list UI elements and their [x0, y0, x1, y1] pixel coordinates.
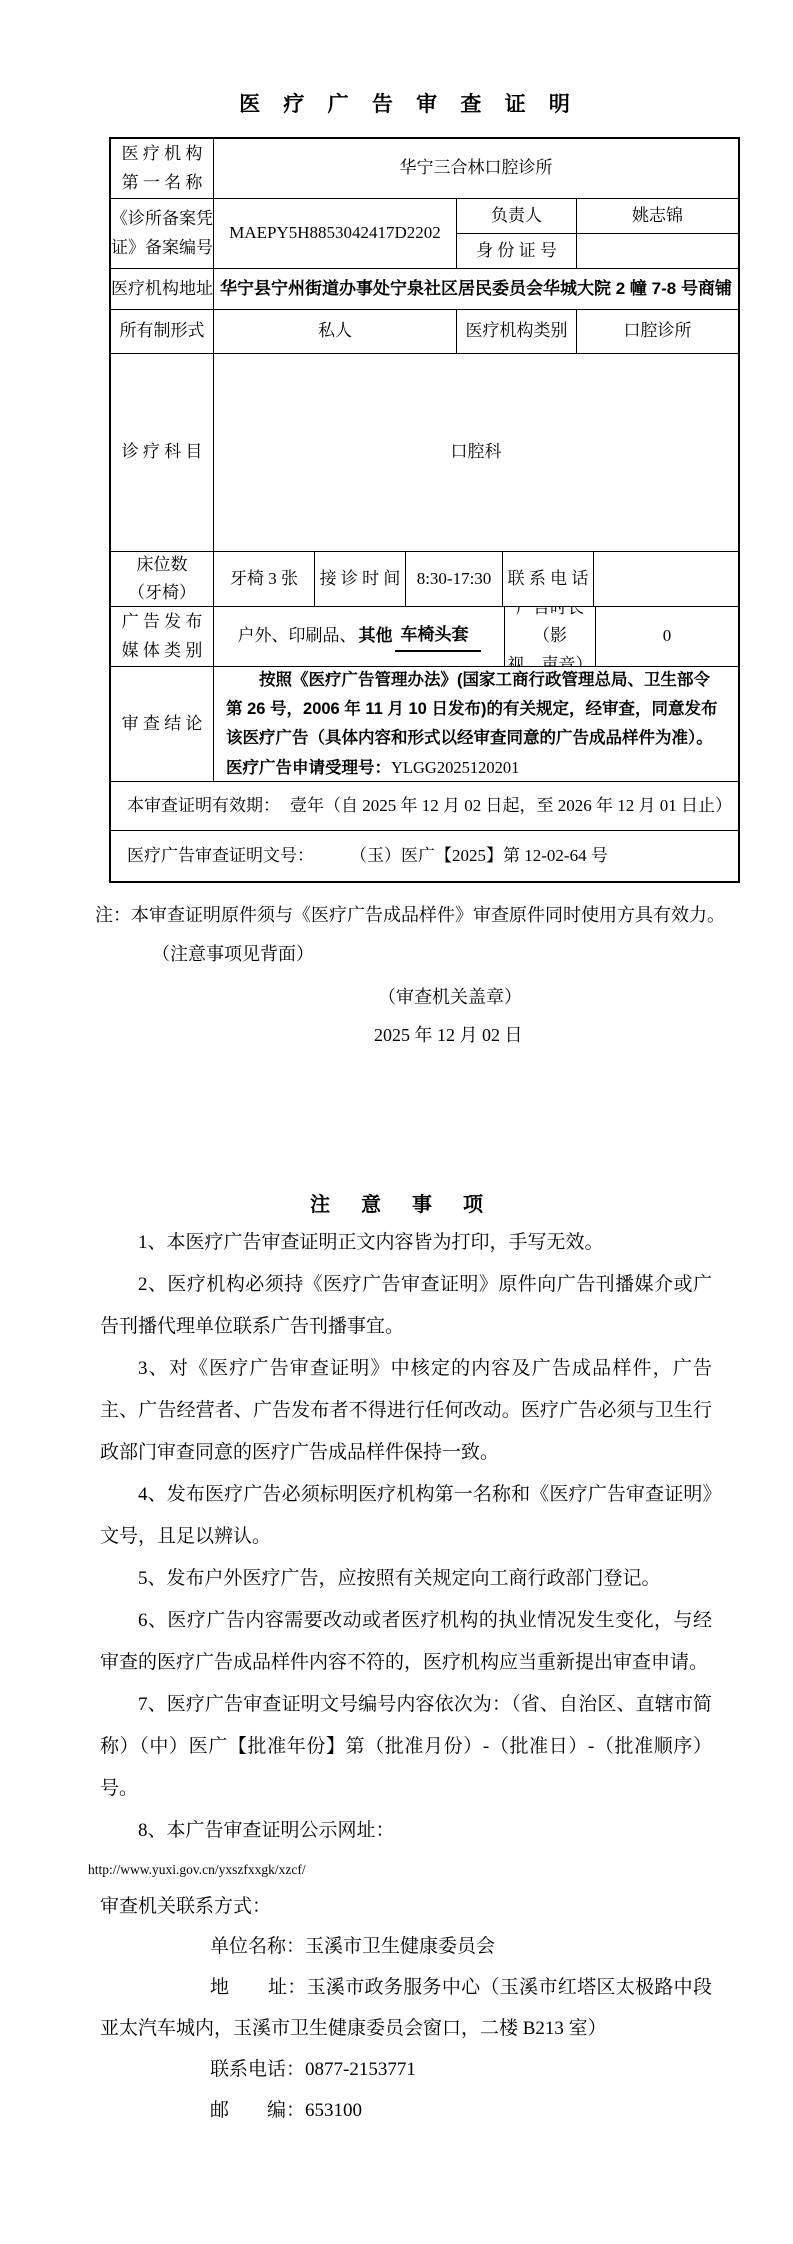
page-title: 医 疗 广 告 审 查 证 明 — [79, 88, 739, 118]
hours-label: 接 诊 时 间 — [315, 552, 406, 606]
principal-id-group: 负责人 姚志锦 身 份 证 号 — [457, 199, 738, 268]
table-row-subjects: 诊 疗 科 目 口腔科 — [111, 354, 738, 552]
validity-label: 本审查证明有效期： — [127, 792, 280, 820]
id-number-label: 身 份 证 号 — [457, 234, 577, 268]
subjects-value: 口腔科 — [214, 354, 738, 551]
media-value-prefix: 户外、印刷品、 — [238, 622, 357, 650]
table-row-record-number: 《诊所备案凭 证》备案编号 MAEPY5H8853042417D2202 负责人… — [111, 199, 738, 269]
receipt-label: 医疗广告申请受理号： — [226, 759, 391, 777]
contact-heading: 审查机关联系方式： — [100, 1888, 712, 1926]
contact-address: 地 址：玉溪市政务服务中心（玉溪市红塔区太极路中段亚太汽车城内，玉溪市卫生健康委… — [100, 1967, 712, 2049]
record-number-value: MAEPY5H8853042417D2202 — [214, 199, 457, 268]
doc-number-value: （玉）医广【2025】第 12-02-64 号 — [350, 842, 608, 870]
ownership-label: 所有制形式 — [111, 310, 214, 353]
table-row-address: 医疗机构地址 华宁县宁州街道办事处宁泉社区居民委员会华城大院 2 幢 7-8 号… — [111, 269, 738, 310]
address-value: 华宁县宁州街道办事处宁泉社区居民委员会华城大院 2 幢 7-8 号商铺 — [214, 269, 738, 309]
notice-item-2: 2、医疗机构必须持《医疗广告审查证明》原件向广告刊播媒介或广告刊播代理单位联系广… — [100, 1264, 712, 1348]
validity-value: 壹年（自 2025 年 12 月 02 日起，至 2026 年 12 月 01 … — [290, 792, 732, 820]
table-row-doc-number: 医疗广告审查证明文号：（玉）医广【2025】第 12-02-64 号 — [111, 831, 738, 881]
id-number-value — [577, 234, 738, 268]
category-label: 医疗机构类别 — [457, 310, 577, 353]
duration-value: 0 — [596, 607, 738, 666]
issue-date: 2025 年 12 月 02 日 — [374, 1021, 523, 1047]
category-value: 口腔诊所 — [577, 310, 738, 353]
notice-item-6: 6、医疗广告内容需要改动或者医疗机构的执业情况发生变化，与经审查的医疗广告成品样… — [100, 1600, 712, 1684]
hours-value: 8:30-17:30 — [406, 552, 503, 606]
contact-postcode: 邮 编：653100 — [100, 2090, 712, 2131]
media-label: 广 告 发 布 媒 体 类 别 — [111, 607, 214, 666]
notice-body: 1、本医疗广告审查证明正文内容皆为打印，手写无效。 2、医疗机构必须持《医疗广告… — [100, 1222, 712, 2131]
notice-item-5: 5、发布户外医疗广告，应按照有关规定向工商行政部门登记。 — [100, 1558, 712, 1600]
id-number-subrow: 身 份 证 号 — [457, 234, 738, 268]
conclusion-label: 审 查 结 论 — [111, 667, 214, 781]
notice-item-7: 7、医疗广告审查证明文号编号内容依次为：（省、自治区、直辖市简称）（中）医广【批… — [100, 1684, 712, 1810]
beds-value: 牙椅 3 张 — [214, 552, 315, 606]
principal-label: 负责人 — [457, 199, 577, 233]
publicity-url: http://www.yuxi.gov.cn/yxszfxxgk/xzcf/ — [88, 1852, 712, 1888]
media-other-label: 其他 — [359, 622, 393, 650]
contact-unit: 单位名称：玉溪市卫生健康委员会 — [100, 1926, 712, 1967]
notice-title: 注 意 事 项 — [97, 1188, 709, 1217]
conclusion-content: 按照《医疗广告管理办法》(国家工商行政管理总局、卫生部令第 26 号，2006 … — [214, 667, 738, 781]
media-other-value: 车椅头套 — [395, 621, 481, 652]
subjects-label: 诊 疗 科 目 — [111, 354, 214, 551]
conclusion-paragraph: 按照《医疗广告管理办法》(国家工商行政管理总局、卫生部令第 26 号，2006 … — [226, 667, 726, 753]
institution-name-label: 医 疗 机 构 第 一 名 称 — [111, 139, 214, 198]
table-row-institution-name: 医 疗 机 构 第 一 名 称 华宁三合林口腔诊所 — [111, 139, 738, 199]
phone-label: 联 系 电 话 — [503, 552, 594, 606]
notice-item-4: 4、发布医疗广告必须标明医疗机构第一名称和《医疗广告审查证明》文号，且足以辨认。 — [100, 1474, 712, 1558]
doc-number-label: 医疗广告审查证明文号： — [127, 842, 314, 870]
table-row-beds: 床位数 （牙椅） 牙椅 3 张 接 诊 时 间 8:30-17:30 联 系 电… — [111, 552, 738, 607]
seal-hint: （审查机关盖章） — [378, 983, 522, 1009]
table-row-validity: 本审查证明有效期：壹年（自 2025 年 12 月 02 日起，至 2026 年… — [111, 782, 738, 831]
notice-item-1: 1、本医疗广告审查证明正文内容皆为打印，手写无效。 — [100, 1222, 712, 1264]
principal-value: 姚志锦 — [577, 199, 738, 233]
certificate-table: 医 疗 机 构 第 一 名 称 华宁三合林口腔诊所 《诊所备案凭 证》备案编号 … — [109, 137, 740, 883]
ownership-value: 私人 — [214, 310, 457, 353]
institution-name-value: 华宁三合林口腔诊所 — [214, 139, 738, 198]
receipt-line: 医疗广告申请受理号：YLGG2025120201 — [226, 753, 726, 782]
original-validity-note: 注：本审查证明原件须与《医疗广告成品样件》审查原件同时使用方具有效力。 — [95, 901, 725, 927]
see-back-note: （注意事项见背面） — [152, 940, 314, 966]
contact-phone: 联系电话：0877-2153771 — [100, 2049, 712, 2090]
table-row-conclusion: 审 查 结 论 按照《医疗广告管理办法》(国家工商行政管理总局、卫生部令第 26… — [111, 667, 738, 782]
duration-label: 广告时长（影 视、声音） — [505, 607, 596, 666]
doc-number-line: 医疗广告审查证明文号：（玉）医广【2025】第 12-02-64 号 — [111, 831, 738, 881]
phone-value — [594, 552, 738, 606]
validity-line: 本审查证明有效期：壹年（自 2025 年 12 月 02 日起，至 2026 年… — [111, 782, 738, 830]
record-number-label: 《诊所备案凭 证》备案编号 — [111, 199, 214, 268]
table-row-media: 广 告 发 布 媒 体 类 别 户外、印刷品、其他车椅头套 广告时长（影 视、声… — [111, 607, 738, 667]
receipt-value: YLGG2025120201 — [391, 758, 519, 777]
beds-label: 床位数 （牙椅） — [111, 552, 214, 606]
notice-item-3: 3、对《医疗广告审查证明》中核定的内容及广告成品样件，广告主、广告经营者、广告发… — [100, 1348, 712, 1474]
notice-item-8: 8、本广告审查证明公示网址： — [100, 1810, 712, 1852]
principal-subrow: 负责人 姚志锦 — [457, 199, 738, 234]
media-value: 户外、印刷品、其他车椅头套 — [214, 607, 505, 666]
address-label: 医疗机构地址 — [111, 269, 214, 309]
table-row-ownership: 所有制形式 私人 医疗机构类别 口腔诊所 — [111, 310, 738, 354]
